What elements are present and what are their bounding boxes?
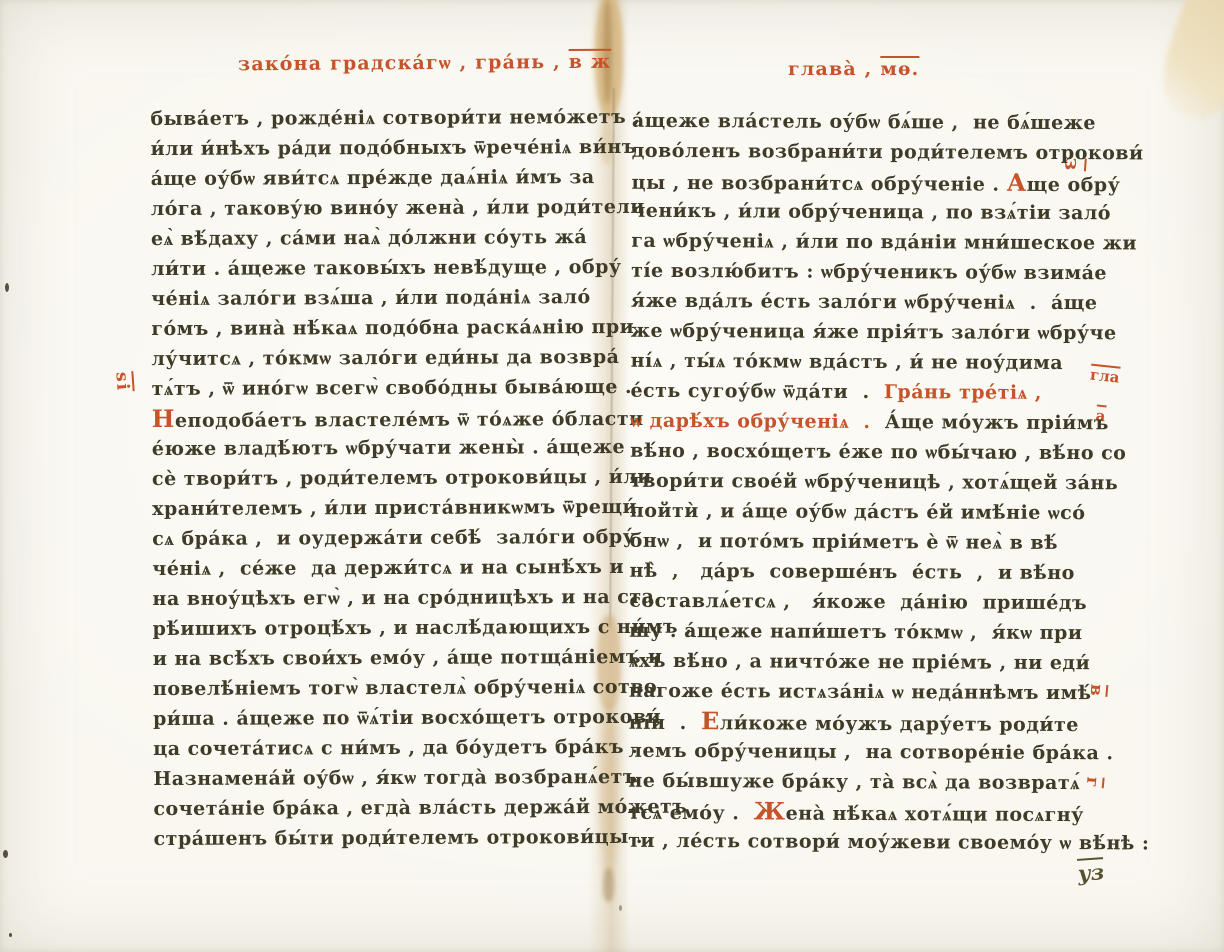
text-line: не бы́вшуже бра́ку , та̀ всѧ̀ да возврат…	[628, 766, 1100, 798]
body-text: го́мъ , вина̀ нѣ́каѧ подо́бна раска́ѧнію…	[151, 316, 634, 340]
body-text: лемъ обру́ченицы , на сотворе́ніе бра́ка…	[629, 740, 1114, 765]
body-text: не бы́вшуже бра́ку , та̀ всѧ̀ да возврат…	[628, 770, 1080, 794]
body-text: на вноу́цѣхъ егѡ̀ , и на сро́дницѣхъ и н…	[152, 586, 654, 610]
book-scan: зако́на градска́гѡ , гра́нь , в ж глава̀…	[0, 0, 1224, 952]
body-text: че́ніѧ , се́же да держи́тсѧ и на сынѣ́хъ…	[152, 556, 624, 580]
body-text: тсѧ емо́у .	[628, 802, 753, 825]
body-text: е́юже владѣ́ютъ ѡбру́чати жены̀ . а́щеже	[152, 436, 625, 460]
text-line: сѧ бра́ка , и оудержа́ти себѣ́ зало́ги о…	[152, 522, 622, 554]
body-text: бнѡ , и пото́мъ пріи́метъ ѐ ѿ неѧ̀ в вѣ…	[630, 530, 1058, 554]
text-line: же ѡбру́ченица я́же прія́тъ зало́ги ѡбру…	[631, 316, 1103, 348]
quire-signature-left: ѕі	[111, 371, 132, 392]
body-text: тѧ́тъ , ѿ ино́гѡ всегѡ̀ свобо́дны быва́ю…	[152, 376, 633, 400]
text-line: шу . а́щеже напи́шетъ то́кмѡ , я́кѡ при	[629, 616, 1101, 648]
text-line: сочета́ніе бра́ка , егда̀ вла́сть держа́…	[153, 792, 623, 824]
body-text: нѣ̀ , да́ръ соверше́нъ е́сть , и вѣ́но	[629, 560, 1074, 584]
body-text: ло́га , такову́ю вино́у жена̀ , и́ли род…	[151, 196, 645, 220]
body-text: чени́къ , и́ли обру́ченица , по взѧ́тіи …	[631, 200, 1111, 225]
text-line: Назнамена́й оу́бѡ , я́кѡ тогда̀ возбранѧ…	[153, 762, 623, 794]
body-text: а́ще оу́бѡ яви́тсѧ пре́жде даѧ́ніѧ и́мъ …	[151, 166, 595, 190]
text-line: лу́читсѧ , то́кмѡ зало́ги еди́ны да возв…	[151, 342, 621, 374]
body-text: и́ли и́нѣхъ ра́ди подо́бныхъ ѿрече́ніѧ в…	[151, 136, 652, 160]
body-text: пойтѝ , и а́ще оу́бѡ да́стъ е́й имѣ́ніе…	[630, 500, 1086, 524]
text-line: сѐ твори́тъ , роди́телемъ отрокови́цы ,…	[152, 462, 622, 494]
text-line: ні́ѧ , ты́ѧ то́кмѡ вда́стъ , и́ не ноу́д…	[631, 346, 1103, 378]
body-text: составлѧ́етсѧ , я́коже да́нію прише́дъ	[629, 590, 1087, 614]
running-head-right: глава̀ , мѳ.	[788, 58, 919, 80]
body-text: твори́ти свое́й ѡбру́ченицѣ , хотѧ́щей з…	[630, 470, 1118, 495]
rubric-text: Ж	[754, 796, 786, 825]
body-text: сѐ твори́тъ , роди́телемъ отрокови́цы ,…	[152, 466, 652, 490]
text-line: ло́га , такову́ю вино́у жена̀ , и́ли род…	[151, 192, 621, 224]
body-text: ти , ле́сть сотвори́ моу́жеви своемо́у ѡ…	[628, 830, 1149, 855]
body-text: повелѣ́ніемъ тогѡ̀ властелѧ̀ обру́ченіѧ …	[153, 676, 657, 700]
rubric-text: А	[1007, 168, 1027, 197]
page-corner-stain	[1151, 0, 1224, 128]
text-line: храни́телемъ , и́ли приста́вникѡмъ ѿрещи…	[152, 492, 622, 524]
text-line: а́ще оу́бѡ яви́тсѧ пре́жде даѧ́ніѧ и́мъ …	[151, 162, 621, 194]
text-line: быва́етъ , рожде́ніѧ сотвори́ти немо́жет…	[150, 102, 620, 134]
body-text: Назнамена́й оу́бѡ , я́кѡ тогда̀ возбранѧ…	[153, 766, 638, 790]
text-line: го́мъ , вина̀ нѣ́каѧ подо́бна раска́ѧнію…	[151, 312, 621, 344]
rubric-text: Гра́нь тре́тіѧ ,	[884, 381, 1042, 404]
text-line: повелѣ́ніемъ тогѡ̀ властелѧ̀ обру́ченіѧ …	[153, 672, 623, 704]
body-text: сѧ бра́ка , и оудержа́ти себѣ́ зало́ги о…	[152, 526, 635, 550]
right-page-text: а́щеже вла́стель оу́бѡ бѧ́ше , не бѧ́шеж…	[628, 106, 1104, 858]
body-text: ли́ти . а́щеже таковы́хъ невѣ́дуще , обр…	[151, 256, 622, 280]
body-text: стра́шенъ бы́ти роди́телемъ отрокови́цы …	[154, 826, 643, 850]
text-line: ні́и . Ели́коже мо́ужъ дару́етъ роди́те	[629, 706, 1101, 738]
text-line: тѧ́тъ , ѿ ино́гѡ всегѡ̀ свобо́дны быва́ю…	[152, 372, 622, 404]
body-text: вѣ́но , восхо́щетъ е́же по ѡбы́чаю , вѣ́…	[630, 440, 1126, 465]
body-text: я́же вда́лъ е́сть зало́ги ѡбру́ченіѧ . а…	[631, 290, 1098, 314]
text-line: и́ли и́нѣхъ ра́ди подо́бныхъ ѿрече́ніѧ в…	[150, 132, 620, 164]
body-text: ні́и .	[629, 712, 701, 734]
body-text: ена̀ нѣ́каѧ хотѧ́щи посѧгну́	[786, 803, 1084, 827]
grane-number: в ж	[569, 51, 612, 73]
text-line: е́юже владѣ́ютъ ѡбру́чати жены̀ . а́щеже	[152, 432, 622, 464]
text-line: еѧ̀ вѣ́даху , са́ми наѧ̀ до́лжни со́уть …	[151, 222, 621, 254]
text-line: вѣ́но , восхо́щетъ е́же по ѡбы́чаю , вѣ́…	[630, 436, 1102, 468]
body-text: же ѡбру́ченица я́же прія́тъ зало́ги ѡбру…	[631, 320, 1117, 345]
text-line: ѡ дарѣ́хъ обру́ченіѧ . А́ще мо́ужъ пріи́…	[630, 406, 1102, 438]
text-line: а́щеже вла́стель оу́бѡ бѧ́ше , не бѧ́шеж…	[632, 106, 1104, 138]
text-line: Неподоба́етъ властеле́мъ ѿ то́ѧже о́блас…	[152, 402, 622, 434]
text-line: и на всѣ́хъ свои́хъ емо́у , а́ще потща́н…	[153, 642, 623, 674]
text-line: стра́шенъ бы́ти роди́телемъ отрокови́цы …	[154, 822, 624, 854]
body-text: рѣ́ишихъ отроцѣ́хъ , и наслѣ́дающихъ с н…	[153, 616, 693, 640]
body-text: еподоба́етъ властеле́мъ ѿ то́ѧже о́бласт…	[175, 408, 644, 432]
text-line: твори́ти свое́й ѡбру́ченицѣ , хотѧ́щей з…	[630, 466, 1102, 498]
text-line: ѧ́хъ вѣ́но , а ничто́же не пріе́мъ , ни …	[629, 646, 1101, 678]
body-text: нагоже е́сть истѧза́ніѧ ѡ неда́ннѣмъ имѣ…	[629, 680, 1092, 704]
text-line: пойтѝ , и а́ще оу́бѡ да́стъ е́й имѣ́ніе…	[630, 496, 1102, 528]
text-line: цы , не возбрани́тсѧ обру́ченіе . Аще об…	[631, 166, 1103, 198]
body-text: еѧ̀ вѣ́даху , са́ми наѧ̀ до́лжни со́уть …	[151, 226, 587, 250]
rubric-text: ѡ дарѣ́хъ обру́ченіѧ .	[630, 410, 885, 433]
left-page-text: быва́етъ , рожде́ніѧ сотвори́ти немо́жет…	[150, 102, 623, 854]
body-text: храни́телемъ , и́ли приста́вникѡмъ ѿрещи…	[152, 496, 637, 520]
text-line: я́же вда́лъ е́сть зало́ги ѡбру́ченіѧ . а…	[631, 286, 1103, 318]
running-head-right-text: глава̀ ,	[788, 58, 880, 80]
text-line: нагоже е́сть истѧза́ніѧ ѡ неда́ннѣмъ имѣ…	[629, 676, 1101, 708]
body-text: А́ще мо́ужъ пріи́мъ	[885, 411, 1109, 434]
text-line: чени́къ , и́ли обру́ченица , по взѧ́тіи …	[631, 196, 1103, 228]
body-text: ні́ѧ , ты́ѧ то́кмѡ вда́стъ , и́ не ноу́д…	[631, 350, 1064, 374]
body-text: лу́читсѧ , то́кмѡ зало́ги еди́ны да возв…	[151, 346, 619, 370]
running-head-left-text: зако́на градска́гѡ , гра́нь ,	[238, 51, 569, 75]
ink-speck	[9, 933, 12, 937]
text-line: на вноу́цѣхъ егѡ̀ , и на сро́дницѣхъ и н…	[152, 582, 622, 614]
text-line: тсѧ емо́у . Жена̀ нѣ́каѧ хотѧ́щи посѧгну…	[628, 796, 1100, 828]
body-text: шу . а́щеже напи́шетъ то́кмѡ , я́кѡ при	[629, 620, 1082, 644]
body-text: быва́етъ , рожде́ніѧ сотвори́ти немо́жет…	[150, 106, 640, 130]
text-line: нѣ̀ , да́ръ соверше́нъ е́сть , и вѣ́но	[629, 556, 1101, 588]
body-text: и на всѣ́хъ свои́хъ емо́у , а́ще потща́н…	[153, 646, 663, 670]
body-text: че́ніѧ зало́ги взѧ́ша , и́ли пода́ніѧ за…	[151, 286, 591, 310]
text-line: ті́е возлю́битъ : ѡбру́ченикъ оу́бѡ взим…	[631, 256, 1103, 288]
chapter-number: мѳ.	[880, 58, 919, 80]
body-text: ѧ́хъ вѣ́но , а ничто́же не пріе́мъ , ни …	[629, 650, 1090, 674]
text-line: че́ніѧ , се́же да держи́тсѧ и на сынѣ́хъ…	[152, 552, 622, 584]
handwritten-foliation: уз	[1077, 859, 1105, 886]
body-text: ли́коже мо́ужъ дару́етъ роди́те	[720, 712, 1079, 736]
text-line: ти , ле́сть сотвори́ моу́жеви своемо́у ѡ…	[628, 826, 1100, 858]
body-text: ще обру́	[1027, 174, 1121, 196]
body-text: га ѡбру́ченіѧ , и́ли по вда́ніи мни́шеск…	[631, 230, 1137, 255]
text-line: ри́ша . а́щеже по ѿѧ́тіи восхо́щетъ отро…	[153, 702, 623, 734]
text-line: ли́ти . а́щеже таковы́хъ невѣ́дуще , обр…	[151, 252, 621, 284]
body-text: цы , не возбрани́тсѧ обру́ченіе .	[632, 172, 1007, 196]
text-line: е́сть сугоу́бѡ ѿда́ти . Гра́нь тре́тіѧ ,	[630, 376, 1102, 408]
body-text: а́щеже вла́стель оу́бѡ бѧ́ше , не бѧ́шеж…	[632, 110, 1096, 134]
text-line: ца сочета́тисѧ с ни́мъ , да бо́удетъ бра…	[153, 732, 623, 764]
ink-speck	[3, 850, 8, 858]
text-line: рѣ́ишихъ отроцѣ́хъ , и наслѣ́дающихъ с н…	[153, 612, 623, 644]
text-line: га ѡбру́ченіѧ , и́ли по вда́ніи мни́шеск…	[631, 226, 1103, 258]
rubric-text: Н	[152, 404, 175, 433]
gutter-stain	[603, 868, 614, 902]
body-text: ца сочета́тисѧ с ни́мъ , да бо́удетъ бра…	[153, 736, 638, 760]
text-line: че́ніѧ зало́ги взѧ́ша , и́ли пода́ніѧ за…	[151, 282, 621, 314]
running-head-left: зако́на градска́гѡ , гра́нь , в ж	[238, 51, 611, 77]
body-text: дово́ленъ возбрани́ти роди́телемъ отроко…	[632, 140, 1144, 165]
body-text: ті́е возлю́битъ : ѡбру́ченикъ оу́бѡ взим…	[631, 260, 1107, 284]
text-line: бнѡ , и пото́мъ пріи́метъ ѐ ѿ неѧ̀ в вѣ…	[630, 526, 1102, 558]
body-text: сочета́ніе бра́ка , егда̀ вла́сть держа́…	[153, 796, 687, 820]
ink-speck	[5, 283, 9, 292]
ink-speck	[619, 905, 622, 911]
text-line: лемъ обру́ченицы , на сотворе́ніе бра́ка…	[629, 736, 1101, 768]
text-line: дово́ленъ возбрани́ти роди́телемъ отроко…	[632, 136, 1104, 168]
text-line: составлѧ́етсѧ , я́коже да́нію прише́дъ	[629, 586, 1101, 618]
body-text: е́сть сугоу́бѡ ѿда́ти .	[630, 380, 883, 403]
body-text: ри́ша . а́щеже по ѿѧ́тіи восхо́щетъ отро…	[153, 706, 661, 730]
rubric-text: Е	[701, 706, 720, 735]
